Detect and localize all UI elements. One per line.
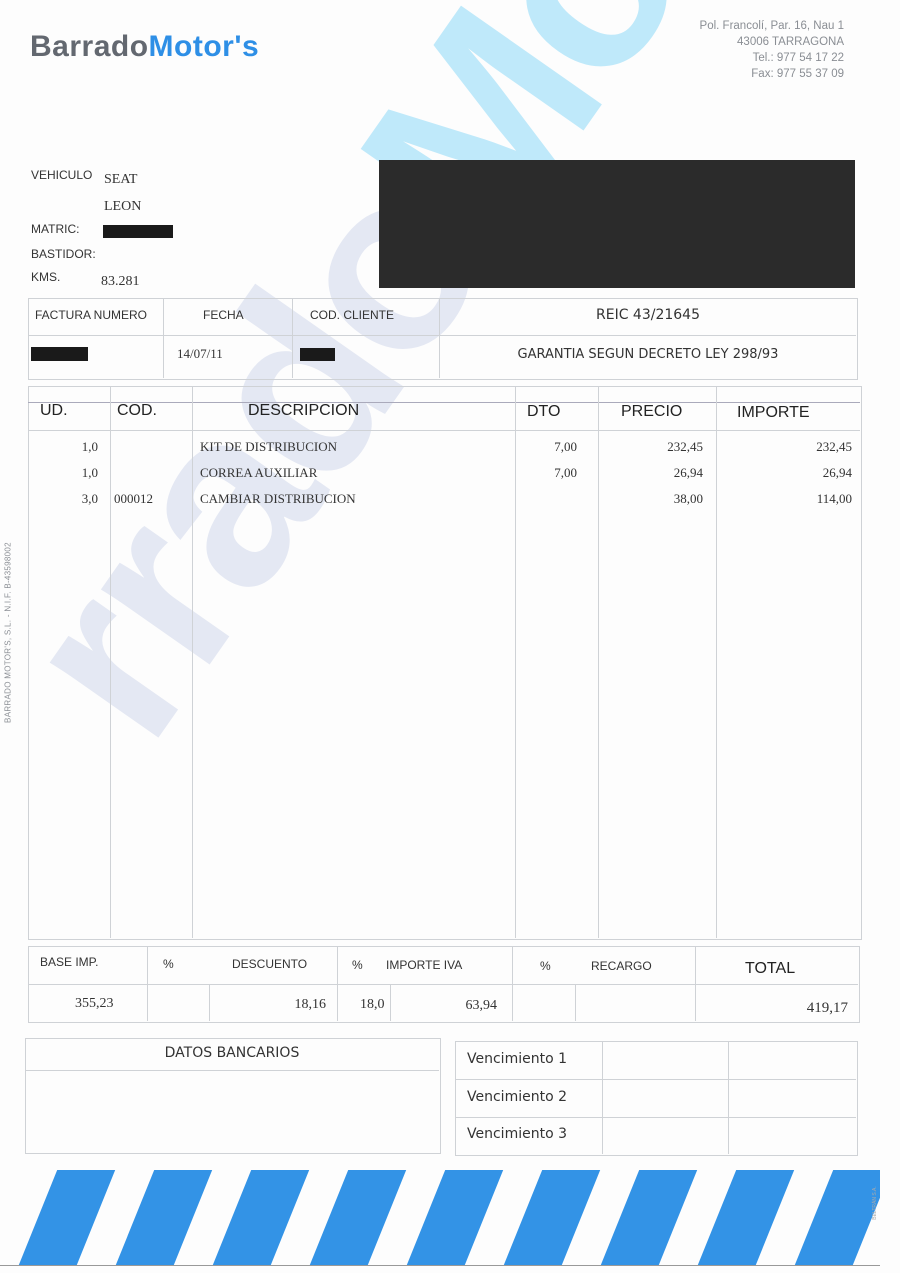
pct-label: % <box>163 957 174 971</box>
printer-mark: BELTRÁN S.A. <box>872 1186 878 1220</box>
row-precio: 26,94 <box>600 465 703 481</box>
address-line: Pol. Francolí, Par. 16, Nau 1 <box>700 18 844 34</box>
row-cod: 000012 <box>114 491 153 507</box>
matric-label: MATRIC: <box>31 222 79 236</box>
legal-side-text: BARRADO MOTOR'S, S.L. - N.I.F. B-4359800… <box>4 533 13 733</box>
vehiculo-label: VEHICULO <box>31 168 92 182</box>
vencimiento-3: Vencimiento 3 <box>467 1126 567 1142</box>
row-dto: 7,00 <box>520 439 577 455</box>
row-importe: 232,45 <box>720 439 852 455</box>
garantia-text: GARANTIA SEGUN DECRETO LEY 298/93 <box>440 347 856 362</box>
stripe <box>698 1170 794 1265</box>
cliente-redacted <box>300 348 335 361</box>
stripe <box>213 1170 309 1265</box>
stripe <box>19 1170 115 1265</box>
importe-iva-label: IMPORTE IVA <box>386 958 462 972</box>
phone: Tel.: 977 54 17 22 <box>700 50 844 66</box>
logo-motors: Motor's <box>149 30 260 63</box>
row-importe: 114,00 <box>720 491 852 507</box>
col-dto: DTO <box>527 403 560 421</box>
importe-iva-value: 63,94 <box>392 998 497 1014</box>
total-label: TOTAL <box>745 960 795 978</box>
company-address: Pol. Francolí, Par. 16, Nau 1 43006 TARR… <box>700 18 844 82</box>
vencimiento-1: Vencimiento 1 <box>467 1051 567 1067</box>
descuento-label: DESCUENTO <box>232 957 307 971</box>
kms-label: KMS. <box>31 270 60 284</box>
iva-pct-value: 18,0 <box>360 997 385 1013</box>
stripe <box>601 1170 697 1265</box>
logo-barrado: Barrado <box>30 30 149 63</box>
recargo-label: RECARGO <box>591 959 652 973</box>
row-descripcion: CORREA AUXILIAR <box>200 465 317 481</box>
col-cod: COD. <box>117 402 157 420</box>
row-ud: 1,0 <box>50 465 98 481</box>
col-precio: PRECIO <box>621 403 682 421</box>
stripe <box>504 1170 600 1265</box>
factura-numero-label: FACTURA NUMERO <box>35 308 147 322</box>
bastidor-label: BASTIDOR: <box>31 247 96 261</box>
address-line: 43006 TARRAGONA <box>700 34 844 50</box>
row-precio: 232,45 <box>600 439 703 455</box>
row-ud: 3,0 <box>50 491 98 507</box>
stripe <box>795 1170 880 1265</box>
matric-redacted <box>103 225 173 238</box>
factura-redacted <box>31 347 88 361</box>
vehicle-make: SEAT <box>104 172 137 188</box>
cod-cliente-label: COD. CLIENTE <box>310 308 394 322</box>
base-imp-value: 355,23 <box>75 996 114 1012</box>
row-descripcion: CAMBIAR DISTRIBUCION <box>200 491 356 507</box>
company-logo: BarradoMotor's <box>30 30 259 64</box>
reic-number: REIC 43/21645 <box>440 307 856 323</box>
stripe <box>310 1170 406 1265</box>
row-ud: 1,0 <box>50 439 98 455</box>
base-imp-label: BASE IMP. <box>40 955 98 969</box>
decorative-stripes <box>0 1170 880 1265</box>
row-descripcion: KIT DE DISTRIBUCION <box>200 439 337 455</box>
fax: Fax: 977 55 37 09 <box>700 66 844 82</box>
iva-pct-label: % <box>352 958 363 972</box>
total-value: 419,17 <box>700 1000 848 1017</box>
vehicle-model: LEON <box>104 199 141 215</box>
recargo-pct-label: % <box>540 959 551 973</box>
col-ud: UD. <box>40 402 68 420</box>
col-descripcion: DESCRIPCION <box>248 402 359 420</box>
vencimiento-2: Vencimiento 2 <box>467 1089 567 1105</box>
kms-value: 83.281 <box>101 274 140 290</box>
descuento-value: 18,16 <box>212 997 326 1013</box>
stripe <box>116 1170 212 1265</box>
bank-title: DATOS BANCARIOS <box>25 1045 439 1061</box>
customer-redacted <box>379 160 855 288</box>
bottom-line <box>0 1265 880 1266</box>
row-importe: 26,94 <box>720 465 852 481</box>
row-precio: 38,00 <box>600 491 703 507</box>
stripe <box>407 1170 503 1265</box>
fecha-label: FECHA <box>203 308 244 322</box>
col-importe: IMPORTE <box>737 404 810 422</box>
fecha-value: 14/07/11 <box>177 346 223 362</box>
row-dto: 7,00 <box>520 465 577 481</box>
